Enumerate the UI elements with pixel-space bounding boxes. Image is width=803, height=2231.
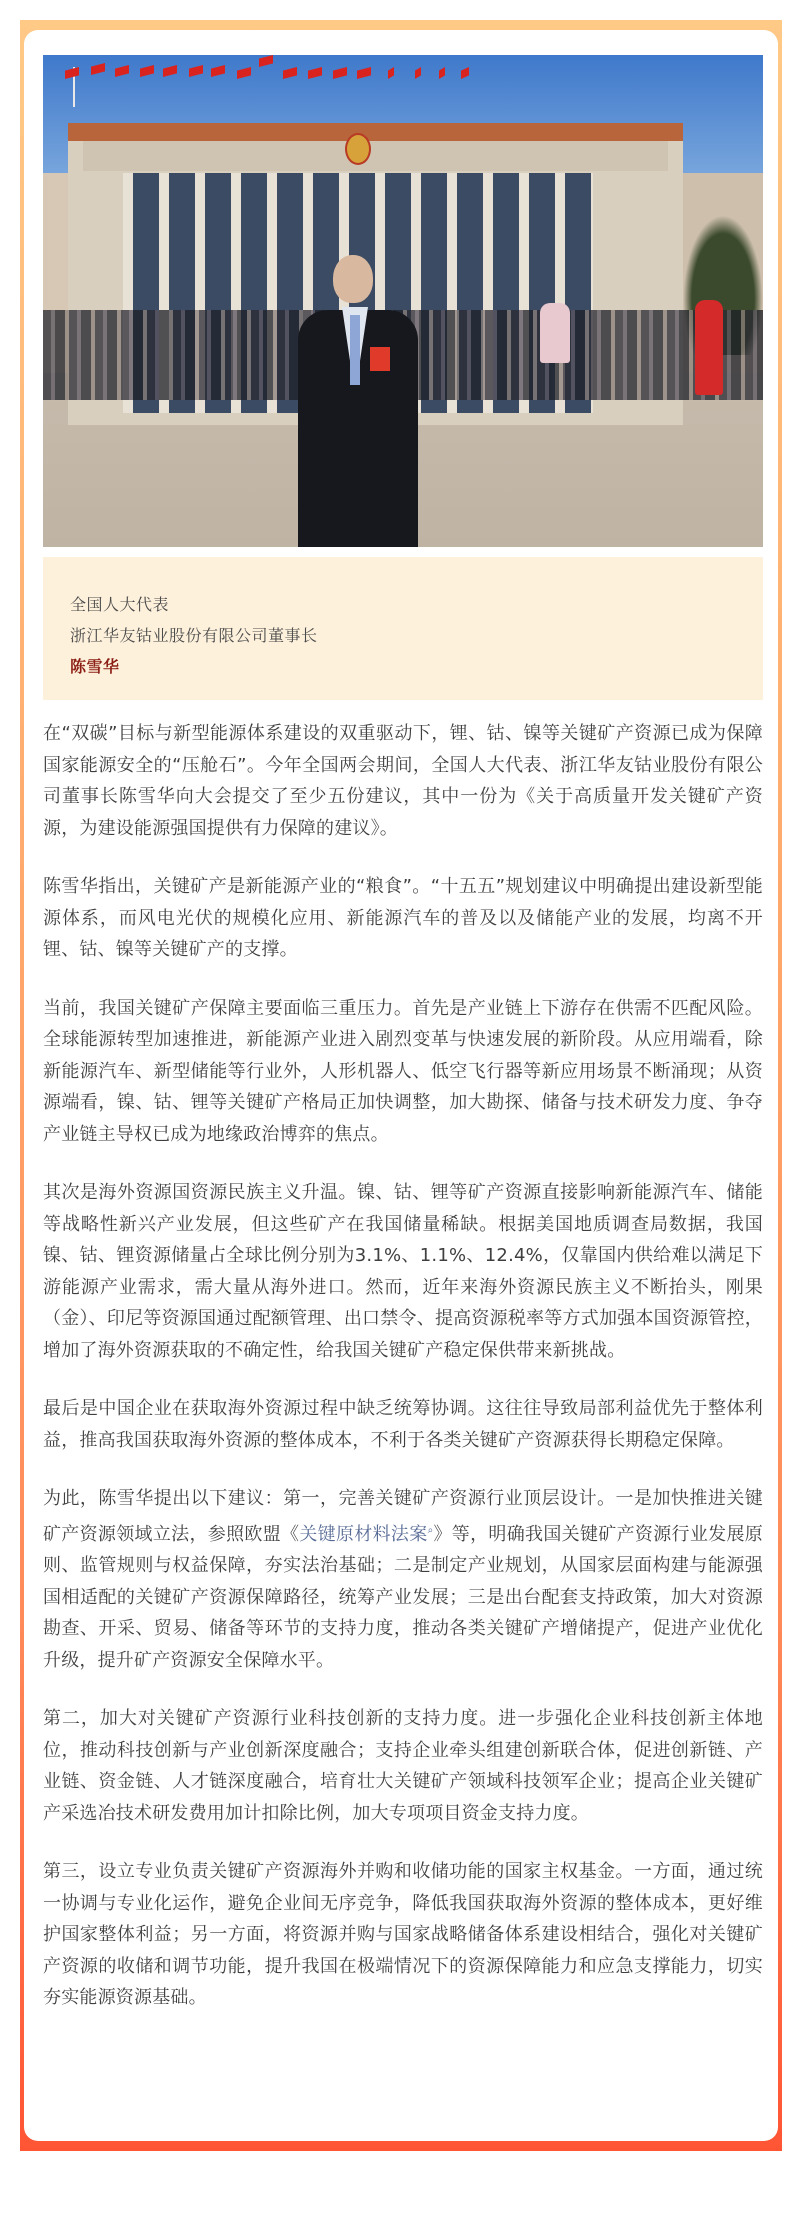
paragraph-6-after: 》等，明确我国关键矿产资源行业发展原则、监管规则与权益保障，夯实法治基础；二是制… xyxy=(43,1524,763,1671)
hero-photo xyxy=(43,55,763,547)
article-content: 全国人大代表 浙江华友钴业股份有限公司董事长 陈雪华 在“双碳”目标与新型能源体… xyxy=(43,55,763,2041)
person-red-coat xyxy=(695,300,723,395)
paragraph-6: 为此，陈雪华提出以下建议：第一，完善关键矿产资源行业顶层设计。一是加快推进关键矿… xyxy=(43,1483,763,1676)
article-body: 在“双碳”目标与新型能源体系建设的双重驱动下，锂、钴、镍等关键矿产资源已成为保障… xyxy=(43,718,763,2014)
building-roof xyxy=(68,123,683,141)
national-emblem-icon xyxy=(345,133,371,165)
paragraph-4: 其次是海外资源国资源民族主义升温。镍、钴、锂等矿产资源直接影响新能源汽车、储能等… xyxy=(43,1177,763,1366)
critical-raw-materials-act-link[interactable]: 关键原材料法案⌕ xyxy=(299,1524,433,1545)
paragraph-8: 第三，设立专业负责关键矿产资源海外并购和收储功能的国家主权基金。一方面，通过统一… xyxy=(43,1856,763,2014)
caption-position: 浙江华友钴业股份有限公司董事长 xyxy=(70,620,763,651)
paragraph-2: 陈雪华指出，关键矿产是新能源产业的“粮食”。“十五五”规划建议中明确提出建设新型… xyxy=(43,871,763,966)
head xyxy=(333,255,373,303)
paragraph-3: 当前，我国关键矿产保障主要面临三重压力。首先是产业链上下游存在供需不匹配风险。全… xyxy=(43,993,763,1151)
link-text[interactable]: 关键原材料法案 xyxy=(299,1524,427,1545)
person-pink-coat xyxy=(540,303,570,363)
delegate-figure xyxy=(298,255,418,547)
paragraph-1: 在“双碳”目标与新型能源体系建设的双重驱动下，锂、钴、镍等关键矿产资源已成为保障… xyxy=(43,718,763,844)
caption-box: 全国人大代表 浙江华友钴业股份有限公司董事长 陈雪华 xyxy=(43,557,763,700)
caption-title: 全国人大代表 xyxy=(70,589,763,620)
paragraph-7: 第二，加大对关键矿产资源行业科技创新的支持力度。进一步强化企业科技创新主体地位，… xyxy=(43,1703,763,1829)
paragraph-5: 最后是中国企业在获取海外资源过程中缺乏统筹协调。这往往导致局部利益优先于整体利益… xyxy=(43,1393,763,1456)
delegate-badge xyxy=(370,347,390,371)
building-frieze xyxy=(83,141,668,171)
caption-name: 陈雪华 xyxy=(70,651,763,682)
tie xyxy=(350,315,360,385)
